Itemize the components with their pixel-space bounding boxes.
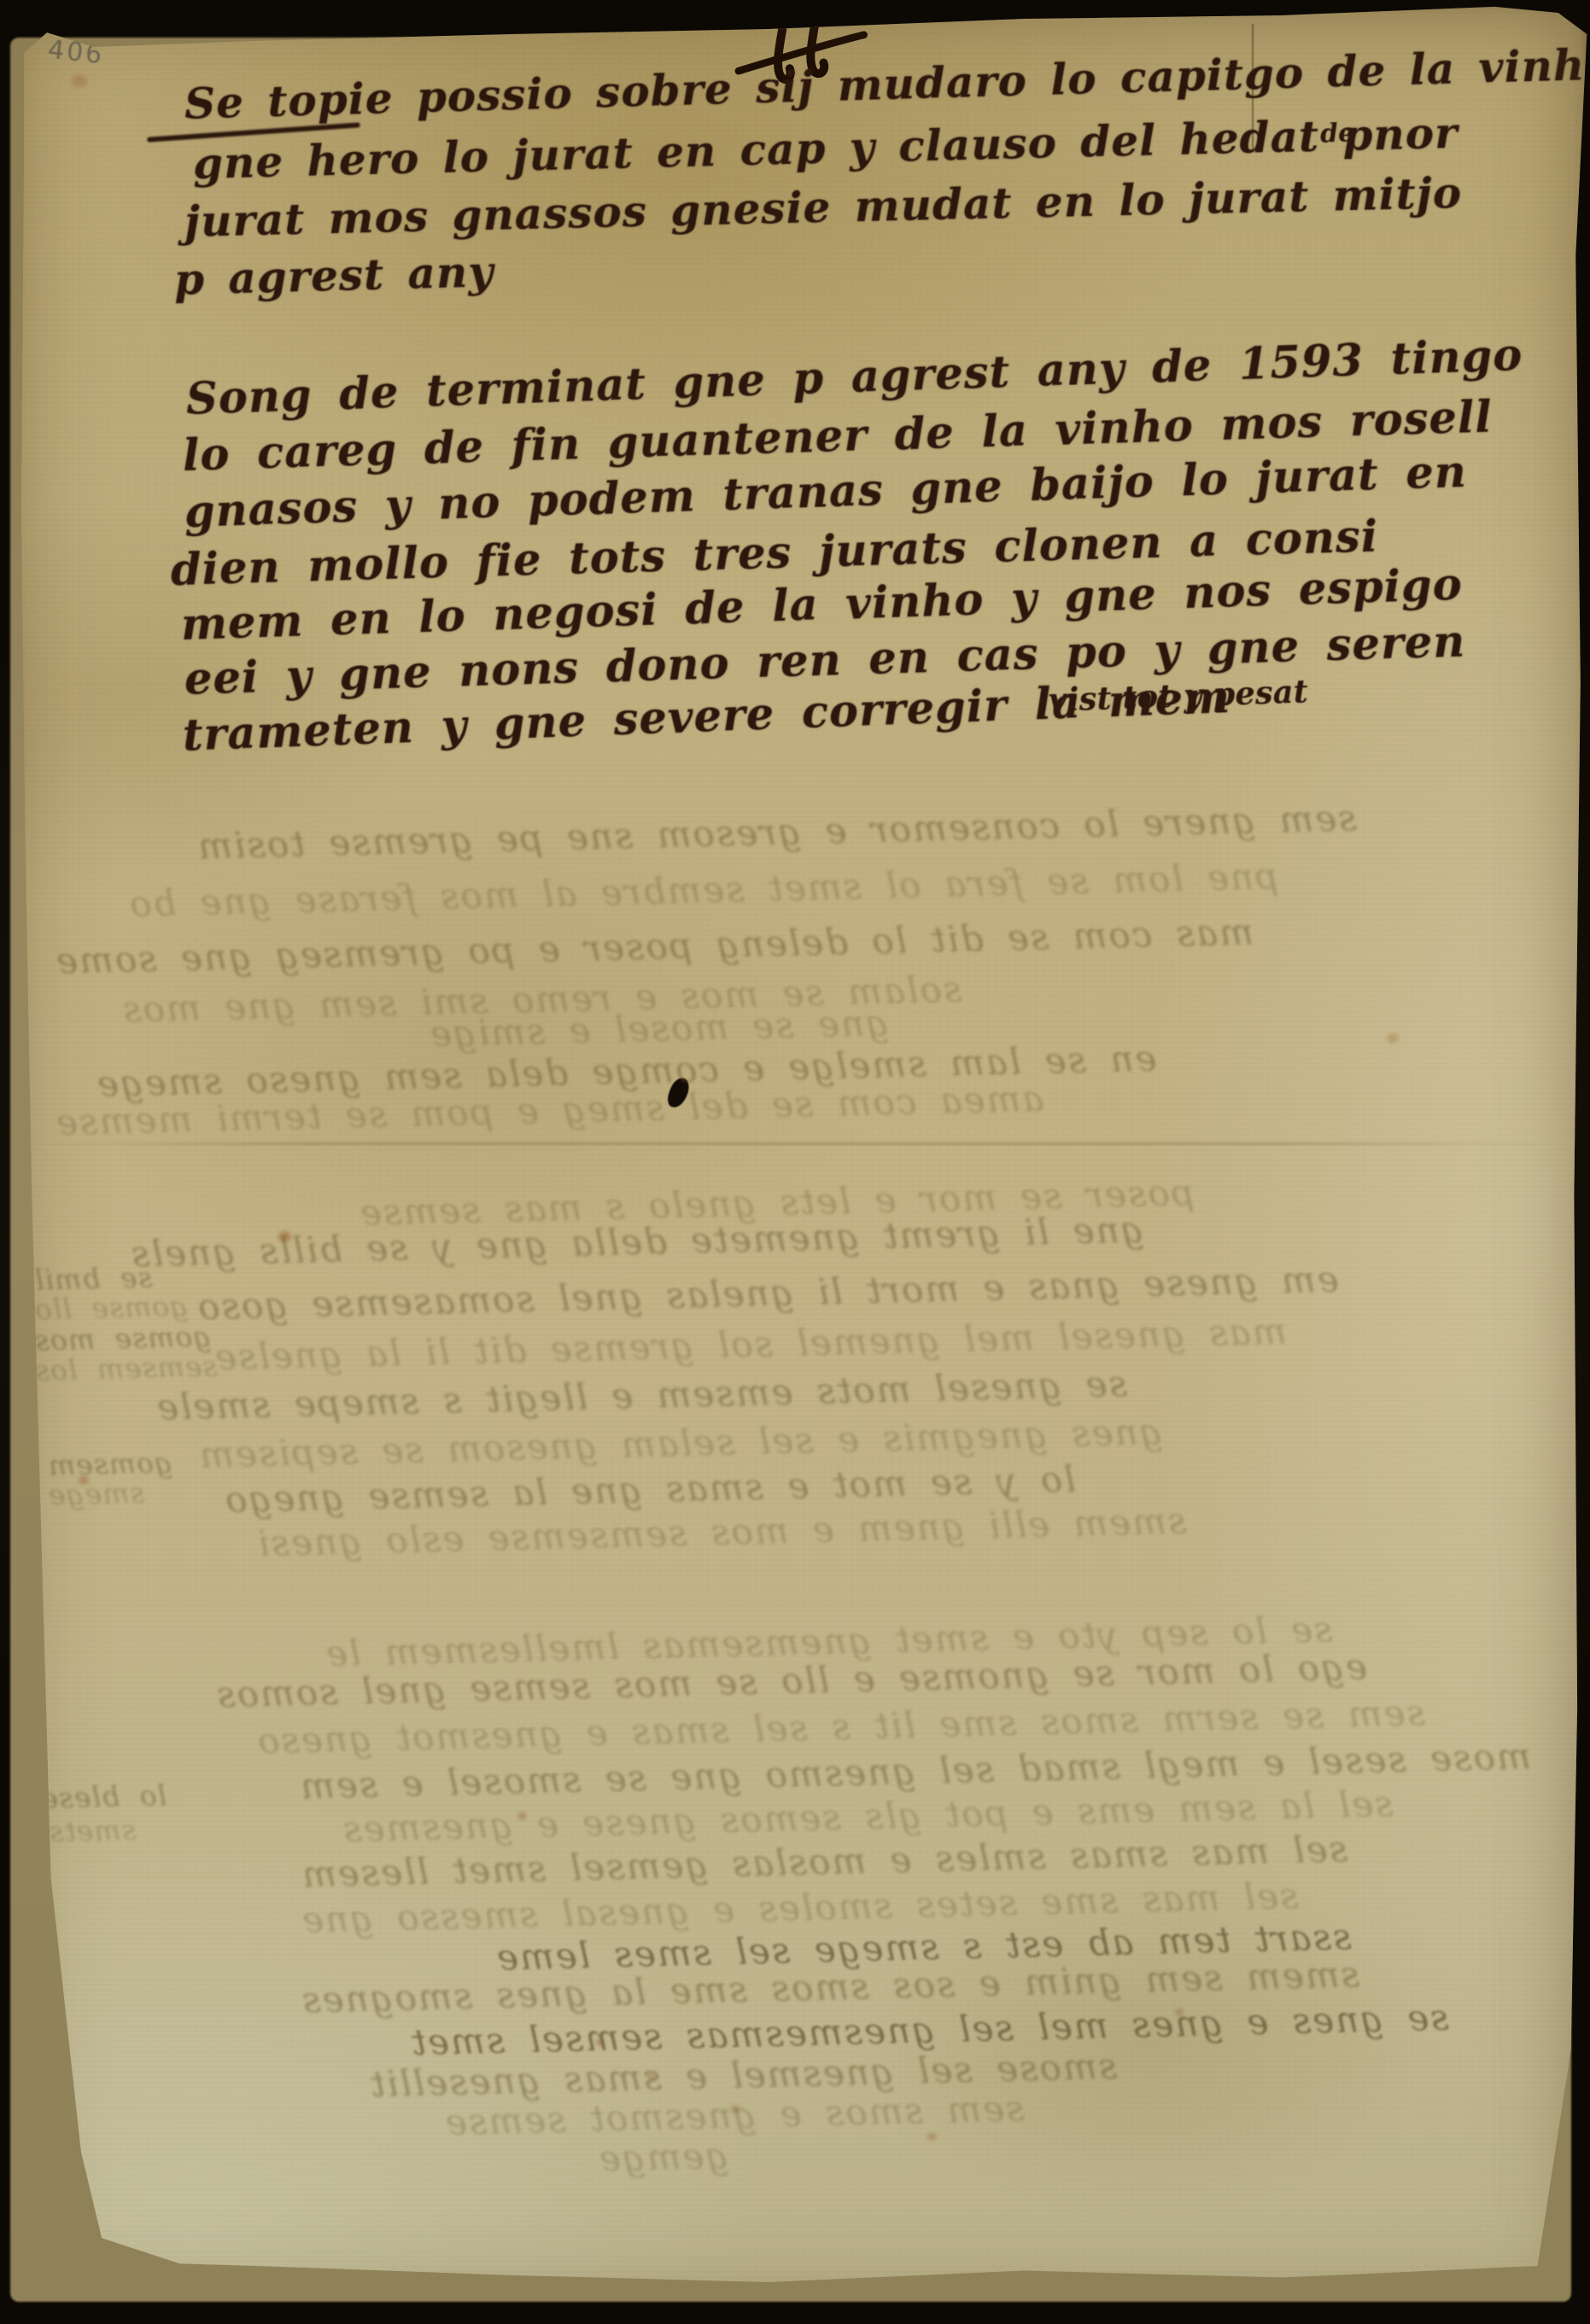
- interline-insertion: de: [1319, 118, 1355, 149]
- stain-spot: [927, 2133, 937, 2140]
- horizontal-crease: [32, 1142, 1558, 1145]
- parchment-page: 406 Se topie possio sobre sij mudaro lo …: [0, 0, 1590, 2324]
- show-through-margin-note: lo blesel: [31, 1778, 167, 1815]
- stain-spot: [1387, 1033, 1399, 1043]
- show-through-margin-note: semsem los: [34, 1349, 218, 1387]
- show-through-line: gemge: [597, 2134, 728, 2180]
- ink-line: p agrest any: [173, 246, 494, 305]
- manuscript-scan: 406 Se topie possio sobre sij mudaro lo …: [0, 0, 1590, 2324]
- show-through-margin-note: smege: [48, 1476, 145, 1512]
- stain-spot: [72, 75, 87, 87]
- side-note: vist tot y pesat: [1048, 672, 1308, 719]
